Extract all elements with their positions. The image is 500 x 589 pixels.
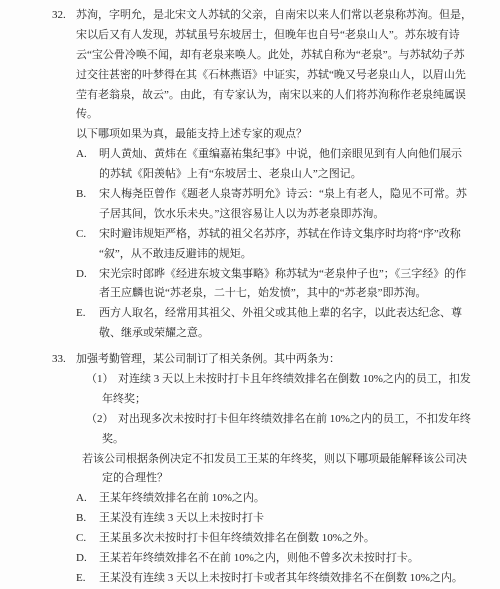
question-stem-line: 宋以后又有人发现，苏轼虽号东坡居士，但晚年也自号“老泉山人”。苏东坡有诗 (0, 26, 500, 46)
option-row-b: B.王某没有连续 3 天以上未按时打卡 (0, 509, 500, 529)
option-label: B. (76, 509, 99, 529)
option-text: 王某没有连续 3 天以上未按时打卡或者其年终绩效排名不在倒数 10%之内。 (99, 572, 463, 584)
stem-text: 苏洵，字明允，是北宋文人苏轼的父亲，自南宋以来人们常以老泉称苏洵。但是， (76, 9, 472, 21)
option-text-continued: 者王应麟也说“苏老泉，二十七，始发愤”，其中的“苏老泉”即苏洵。 (0, 284, 500, 304)
option-row-a: A.明人黄灿、黄炜在《重编嘉祐集纪事》中说，他们亲眼见到有人向他们展示 (0, 145, 500, 165)
question-stem-line: 云“宝公骨冷唤不闻，却有老泉来唤人。此处，苏轼自称为“老泉”。与苏轼幼子苏 (0, 46, 500, 66)
option-label: E. (76, 569, 99, 589)
option-text: 王某年终绩效排名在前 10%之内。 (99, 492, 265, 504)
question-number: 33. (52, 350, 76, 370)
question-stem-line: 茔有老翁泉，故云”。由此，有专家认为，南宋以来的人们将苏洵称作老泉纯属误 (0, 86, 500, 106)
option-label: B. (76, 185, 99, 205)
clause-text: 对出现多次未按时打卡但年终绩效排名在前 10%之内的员工，不扣发年终 (118, 413, 471, 425)
option-label: D. (76, 549, 99, 569)
option-text: 宋光宗时郎晔《经进东坡文集事略》称苏轼为“老泉仲子也”；《三字经》的作 (99, 268, 466, 280)
question-stem-line: 过交往甚密的叶梦得在其《石林燕语》中证实，苏轼“晚又号老泉山人，以眉山先 (0, 66, 500, 86)
option-row-c: C.王某虽多次未按时打卡但年终绩效排名在倒数 10%之外。 (0, 529, 500, 549)
question-prompt-continued: 定的合理性？ (0, 469, 500, 489)
option-row-e: E.王某没有连续 3 天以上未按时打卡或者其年终绩效排名不在倒数 10%之内。 (0, 569, 500, 589)
clause-text: 对连续 3 天以上未按时打卡且年终绩效排名在倒数 10%之内的员工，扣发 (118, 373, 471, 385)
option-text: 西方人取名，经常用其祖父、外祖父或其他上辈的名字，以此表达纪念、尊 (99, 307, 462, 319)
option-text: 宋时避讳规矩严格，苏轼的祖父名苏序，苏轼在作诗文集序时均将“序”改称 (99, 228, 461, 240)
option-row-e: E.西方人取名，经常用其祖父、外祖父或其他上辈的名字，以此表达纪念、尊 (0, 304, 500, 324)
option-label: A. (76, 489, 99, 509)
question-33: 33.加强考勤管理，某公司制订了相关条例。其中两条为： （1）对连续 3 天以上… (0, 350, 500, 589)
option-row-d: D.宋光宗时郎晔《经进东坡文集事略》称苏轼为“老泉仲子也”；《三字经》的作 (0, 265, 500, 285)
option-text: 王某没有连续 3 天以上未按时打卡 (99, 512, 264, 524)
option-row-b: B.宋人梅尧臣曾作《题老人泉寄苏明允》诗云：“泉上有老人，隐见不可常。苏 (0, 185, 500, 205)
clause-row-2: （2）对出现多次未按时打卡但年终绩效排名在前 10%之内的员工，不扣发年终 (0, 410, 500, 430)
clause-label: （2） (86, 410, 118, 430)
stem-text: 加强考勤管理，某公司制订了相关条例。其中两条为： (76, 353, 340, 365)
option-label: D. (76, 265, 99, 285)
option-label: E. (76, 304, 99, 324)
option-row-d: D.王某若年终绩效排名不在前 10%之内，则他不曾多次未按时打卡。 (0, 549, 500, 569)
clause-row-1: （1）对连续 3 天以上未按时打卡且年终绩效排名在倒数 10%之内的员工，扣发 (0, 370, 500, 390)
option-text: 宋人梅尧臣曾作《题老人泉寄苏明允》诗云：“泉上有老人，隐见不可常。苏 (99, 188, 467, 200)
exam-page: 32.苏洵，字明允，是北宋文人苏轼的父亲，自南宋以来人们常以老泉称苏洵。但是， … (0, 0, 500, 589)
question-number: 32. (52, 6, 76, 26)
clause-text-continued: 年终奖； (0, 390, 500, 410)
question-stem-line: 32.苏洵，字明允，是北宋文人苏轼的父亲，自南宋以来人们常以老泉称苏洵。但是， (0, 6, 500, 26)
option-text-continued: “叙”，从不敢违反避讳的规矩。 (0, 245, 500, 265)
option-text: 王某若年终绩效排名不在前 10%之内，则他不曾多次未按时打卡。 (99, 552, 419, 564)
option-text-continued: 敬、继承或荣耀之意。 (0, 324, 500, 344)
option-label: C. (76, 225, 99, 245)
question-stem-line: 传。 (0, 105, 500, 125)
option-label: A. (76, 145, 99, 165)
question-stem-line: 33.加强考勤管理，某公司制订了相关条例。其中两条为： (0, 350, 500, 370)
clause-label: （1） (86, 370, 118, 390)
clause-text-continued: 奖。 (0, 430, 500, 450)
option-row-c: C.宋时避讳规矩严格，苏轼的祖父名苏序，苏轼在作诗文集序时均将“序”改称 (0, 225, 500, 245)
option-row-a: A.王某年终绩效排名在前 10%之内。 (0, 489, 500, 509)
question-32: 32.苏洵，字明允，是北宋文人苏轼的父亲，自南宋以来人们常以老泉称苏洵。但是， … (0, 6, 500, 344)
question-prompt: 若该公司根据条例决定不扣发员工王某的年终奖，则以下哪项最能解释该公司决 (0, 450, 500, 470)
option-text-continued: 子居其间，饮水乐未央。”这很容易让人以为苏老泉即苏洵。 (0, 205, 500, 225)
option-text-continued: 的苏轼《阳羡帖》上有“东坡居士、老泉山人”之图记。 (0, 165, 500, 185)
question-prompt: 以下哪项如果为真，最能支持上述专家的观点？ (0, 125, 500, 145)
option-text: 明人黄灿、黄炜在《重编嘉祐集纪事》中说，他们亲眼见到有人向他们展示 (99, 148, 462, 160)
option-label: C. (76, 529, 99, 549)
option-text: 王某虽多次未按时打卡但年终绩效排名在倒数 10%之外。 (99, 532, 375, 544)
